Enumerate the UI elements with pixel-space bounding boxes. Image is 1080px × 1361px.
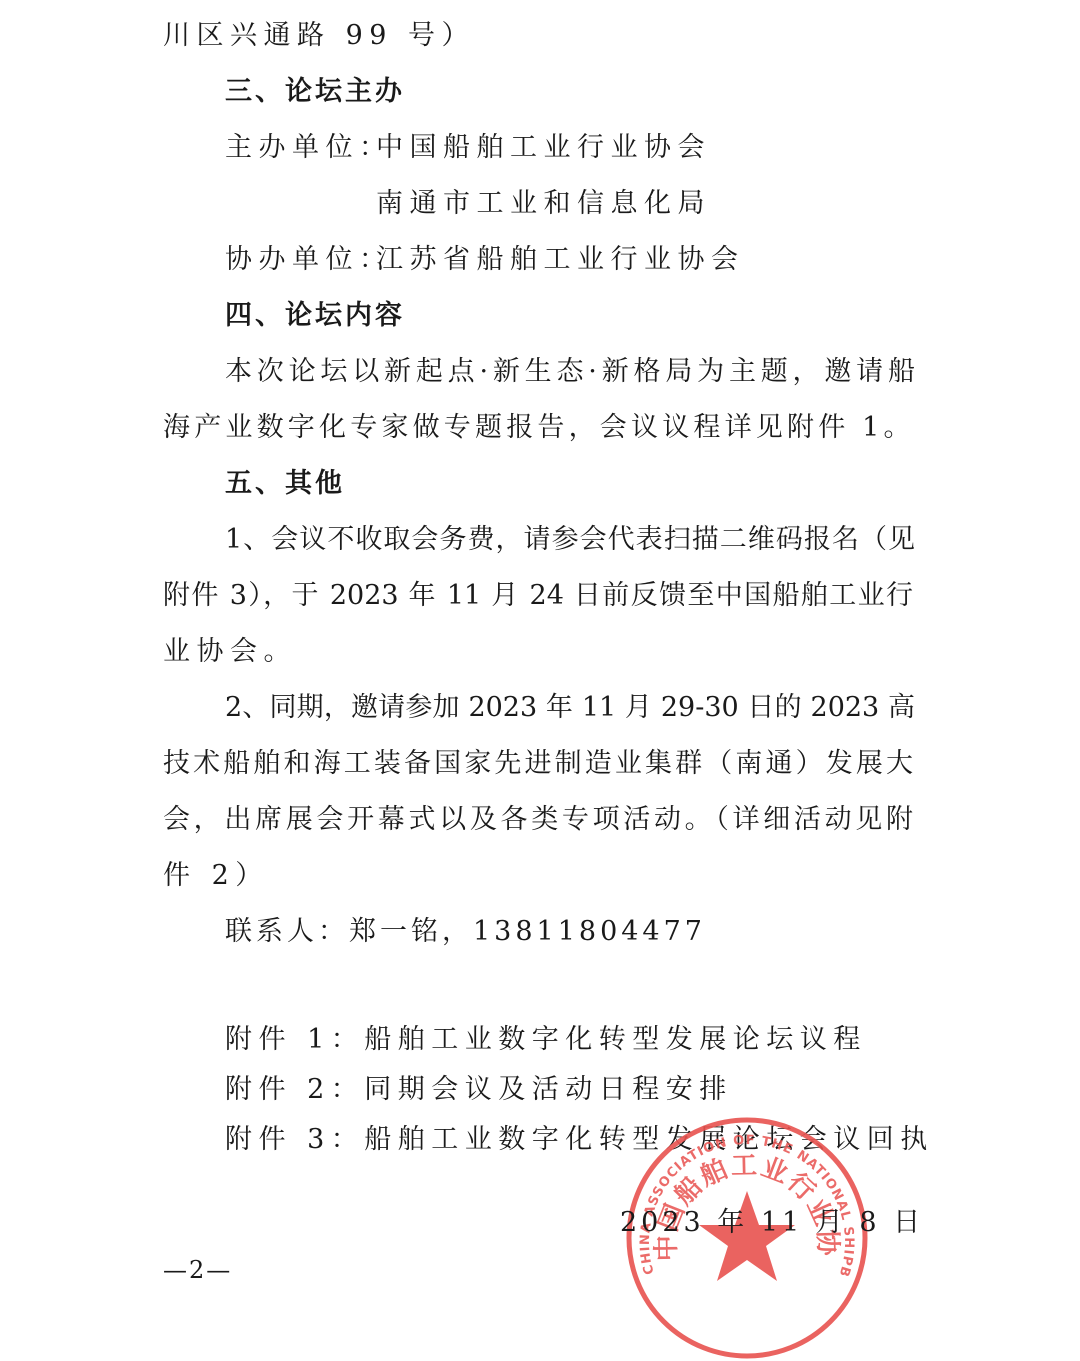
page-number: —2— [163,1255,232,1285]
attachment-item: 附件 2：同期会议及活动日程安排 [225,1070,733,1110]
document-page: 川区兴通路 99 号） 三、论坛主办 主办单位： 中国船舶工业行业协会 南通市工… [0,0,1080,1361]
other-item1-line-2: 附件 3），于 2023 年 11 月 24 日前反馈至中国船舶工业行 [163,576,913,616]
attachment-label: 附件 2： [225,1074,364,1105]
section-heading-content: 四、论坛内容 [225,296,405,336]
other-item2-line-2: 技术船舶和海工装备国家先进制造业集群（南通）发展大 [163,744,913,784]
host-label: 主办单位： [225,128,393,168]
attachment-title: 船舶工业数字化转型发展论坛议程 [364,1024,867,1055]
attachment-title: 同期会议及活动日程安排 [364,1074,733,1105]
content-paragraph-line-2: 海产业数字化专家做专题报告，会议议程详见附件 1。 [163,408,915,448]
attachment-title: 船舶工业数字化转型发展论坛会议回执 [364,1124,934,1155]
other-item2-line-3: 会，出席展会开幕式以及各类专项活动。（详细活动见附 [163,800,913,840]
other-item1-line-1: 1、会议不收取会务费，请参会代表扫描二维码报名（见 [225,520,915,560]
other-item1-line-3: 业协会。 [163,632,297,672]
other-item2-line-1: 2、同期，邀请参加 2023 年 11 月 29-30 日的 2023 高 [225,688,915,728]
section-heading-organizers: 三、论坛主办 [225,72,405,112]
attachment-label: 附件 3： [225,1124,364,1155]
document-date: 2023 年 11 月 8 日 [620,1203,924,1243]
attachment-label: 附件 1： [225,1024,364,1055]
content-paragraph-line-1: 本次论坛以新起点·新生态·新格局为主题，邀请船 [225,352,915,392]
co-organizer-label: 协办单位： [225,240,393,280]
attachment-item: 附件 3：船舶工业数字化转型发展论坛会议回执 [225,1120,934,1160]
attachment-item: 附件 1：船舶工业数字化转型发展论坛议程 [225,1020,867,1060]
co-organizer-1: 江苏省船舶工业行业协会 [376,240,745,280]
address-continuation: 川区兴通路 99 号） [163,16,475,56]
host-organization-2: 南通市工业和信息化局 [376,184,711,224]
section-heading-other: 五、其他 [225,464,345,504]
host-organization-1: 中国船舶工业行业协会 [376,128,711,168]
contact-person: 联系人：郑一铭，13811804477 [225,912,706,952]
other-item2-line-4: 件 2） [163,856,269,896]
